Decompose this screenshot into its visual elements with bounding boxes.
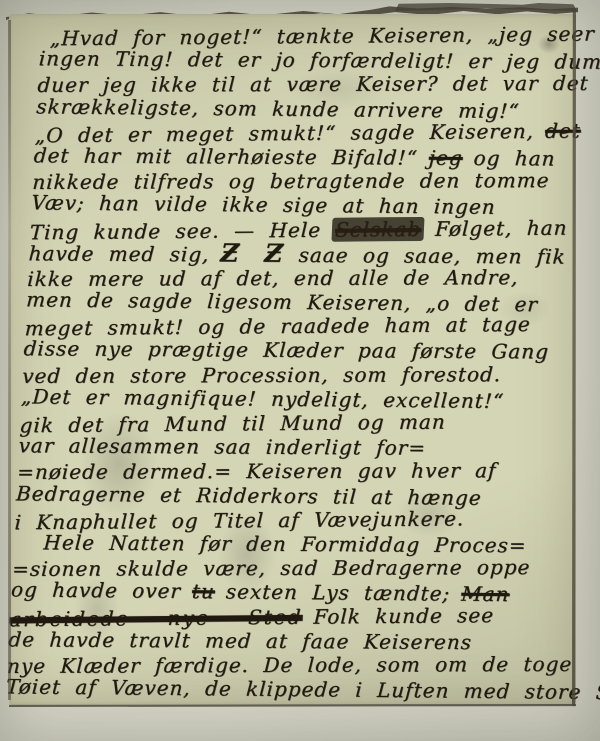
handwritten-text: nye Klæder færdige. De lode, som om de t… — [7, 652, 573, 678]
handwritten-text: Hele Natten før den Formiddag Proces= — [43, 530, 527, 557]
manuscript-line: ingen Ting! det er jo forfærdeligt! er j… — [38, 47, 582, 75]
handwritten-text: var allesammen saa inderligt for= — [18, 434, 427, 460]
handwritten-text: og han — [473, 146, 556, 170]
handwritten-text: „Det er magnifique! nydeligt, excellent!… — [21, 384, 505, 413]
handwritten-text: duer jeg ikke til at være Keiser? det va… — [37, 71, 589, 97]
handwritten-text: Bedragerne et Ridderkors til at hænge — [15, 481, 482, 509]
manuscript-line: arbeidede nye StedFolk kunde see — [9, 602, 553, 631]
manuscript-line: duer jeg ikke til at være Keiser? det va… — [37, 71, 581, 97]
manuscript-line: de havde travlt med at faae Keiserens — [8, 627, 552, 655]
manuscript-paper: „Hvad for noget!“ tænkte Keiseren, „jeg … — [9, 14, 576, 705]
manuscript-line: det har mit allerhøieste Bifald!“jegog h… — [33, 143, 577, 171]
manuscript-line: Hele Natten før den Formiddag Proces= — [43, 530, 557, 557]
manuscript-line: var allesammen saa inderligt for= — [18, 434, 562, 462]
manuscript-line: havde med sig,Ƶ Ƶsaae og saae, men fik — [28, 240, 572, 268]
manuscript-line: Ting kunde see. — HeleSelskabFølget, han — [29, 215, 573, 244]
handwritten-text: Følget, han — [435, 215, 568, 240]
handwritten-text: sexten Lys tændte; — [225, 580, 451, 606]
handwritten-text: og havde over — [10, 578, 181, 604]
handwritten-text: Folk kunde see — [313, 603, 495, 629]
handwritten-text: havde med sig, — [28, 241, 210, 266]
manuscript-line: =nøiede dermed.= Keiseren gav hver af — [17, 458, 561, 484]
handwritten-struck: jeg — [428, 146, 463, 170]
handwritten-text: Tøiet af Væven, de klippede i Luften med… — [5, 674, 600, 704]
handwritten-text: disse nye prægtige Klæder paa første Gan… — [23, 337, 550, 364]
handwritten-text: =nøiede dermed.= Keiseren gav hver af — [17, 459, 497, 485]
handwritten-text: skrækkeligste, som kunde arrivere mig!“ — [36, 94, 521, 123]
manuscript-line: ikke mere ud af det, end alle de Andre, — [27, 265, 571, 291]
paper-left-edge — [8, 20, 11, 700]
handwritten-text: Væv; han vilde ikke sige at han ingen — [31, 191, 497, 219]
manuscript-line: nye Klæder færdige. De lode, som om de t… — [7, 652, 551, 678]
manuscript-photo: „Hvad for noget!“ tænkte Keiseren, „jeg … — [0, 0, 600, 741]
handwritten-struck: tu — [191, 579, 215, 603]
handwritten-text: de havde travlt med at faae Keiserens — [8, 627, 473, 654]
handwritten-insert-mark: Ƶ Ƶ — [220, 238, 289, 267]
handwritten-blot: Selskab — [332, 216, 425, 241]
manuscript-lines: „Hvad for noget!“ tænkte Keiseren, „jeg … — [5, 24, 583, 701]
manuscript-line: Tøiet af Væven, de klippede i Luften med… — [5, 674, 549, 703]
manuscript-line: ved den store Procession, som forestod. — [22, 362, 566, 388]
handwritten-text: ved den store Procession, som forestod. — [22, 362, 502, 388]
handwritten-text: ikke mere ud af det, end alle de Andre, — [27, 265, 519, 291]
handwritten-text: det har mit allerhøieste Bifald!“ — [33, 143, 418, 169]
manuscript-line: disse nye prægtige Klæder paa første Gan… — [23, 337, 567, 365]
handwritten-text: ingen Ting! det er jo forfærdeligt! er j… — [38, 47, 600, 75]
